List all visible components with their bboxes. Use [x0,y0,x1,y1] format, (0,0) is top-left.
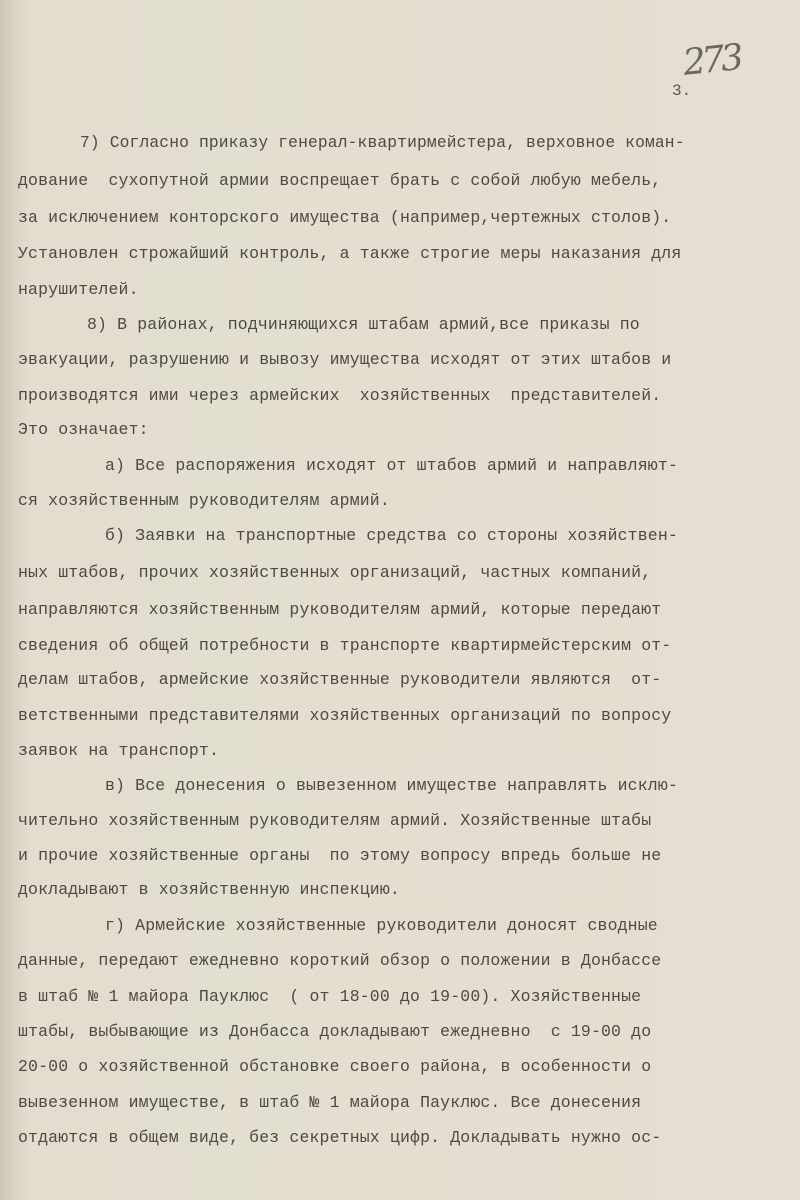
text-line: за исключением конторского имущества (на… [18,208,671,227]
text-line: ных штабов, прочих хозяйственных организ… [18,563,651,582]
text-line: отдаются в общем виде, без секретных циф… [18,1128,661,1147]
text-line: Это означает: [18,420,149,439]
page-number: 3. [672,82,691,100]
archive-folio-number: 273 [681,37,742,84]
text-line: направляются хозяйственным руководителям… [18,600,661,619]
text-line: ветственными представителями хозяйственн… [18,706,671,725]
text-line: в) Все донесения о вывезенном имуществе … [105,776,678,795]
text-line: делам штабов, армейские хозяйственные ру… [18,670,661,689]
text-line: заявок на транспорт. [18,741,219,760]
text-line: Установлен строжайший контроль, а также … [18,244,681,263]
text-line: б) Заявки на транспортные средства со ст… [105,526,678,545]
text-line: а) Все распоряжения исходят от штабов ар… [105,456,678,475]
text-line: вывезенном имуществе, в штаб № 1 майора … [18,1093,641,1112]
text-line: данные, передают ежедневно короткий обзо… [18,951,661,970]
text-line: 20-00 о хозяйственной обстановке своего … [18,1057,651,1076]
text-line: и прочие хозяйственные органы по этому в… [18,846,661,865]
text-line: чительно хозяйственным руководителям арм… [18,811,651,830]
text-line: докладывают в хозяйственную инспекцию. [18,880,400,899]
text-line: эвакуации, разрушению и вывозу имущества… [18,350,671,369]
text-line: сведения об общей потребности в транспор… [18,636,671,655]
text-line: дование сухопутной армии воспрещает брат… [18,171,661,190]
text-line: 8) В районах, подчиняющихся штабам армий… [87,315,640,334]
text-line: 7) Согласно приказу генерал-квартирмейст… [80,133,790,152]
text-line: штабы, выбывающие из Донбасса докладываю… [18,1022,651,1041]
text-line: производятся ими через армейских хозяйст… [18,386,661,405]
text-line: в штаб № 1 майора Пауклюс ( от 18-00 до … [18,987,641,1006]
text-line: нарушителей. [18,280,139,299]
text-line: ся хозяйственным руководителям армий. [18,491,390,510]
document-page: 273 3. 7) Согласно приказу генерал-кварт… [0,0,800,1200]
text-line: г) Армейские хозяйственные руководители … [105,916,658,935]
